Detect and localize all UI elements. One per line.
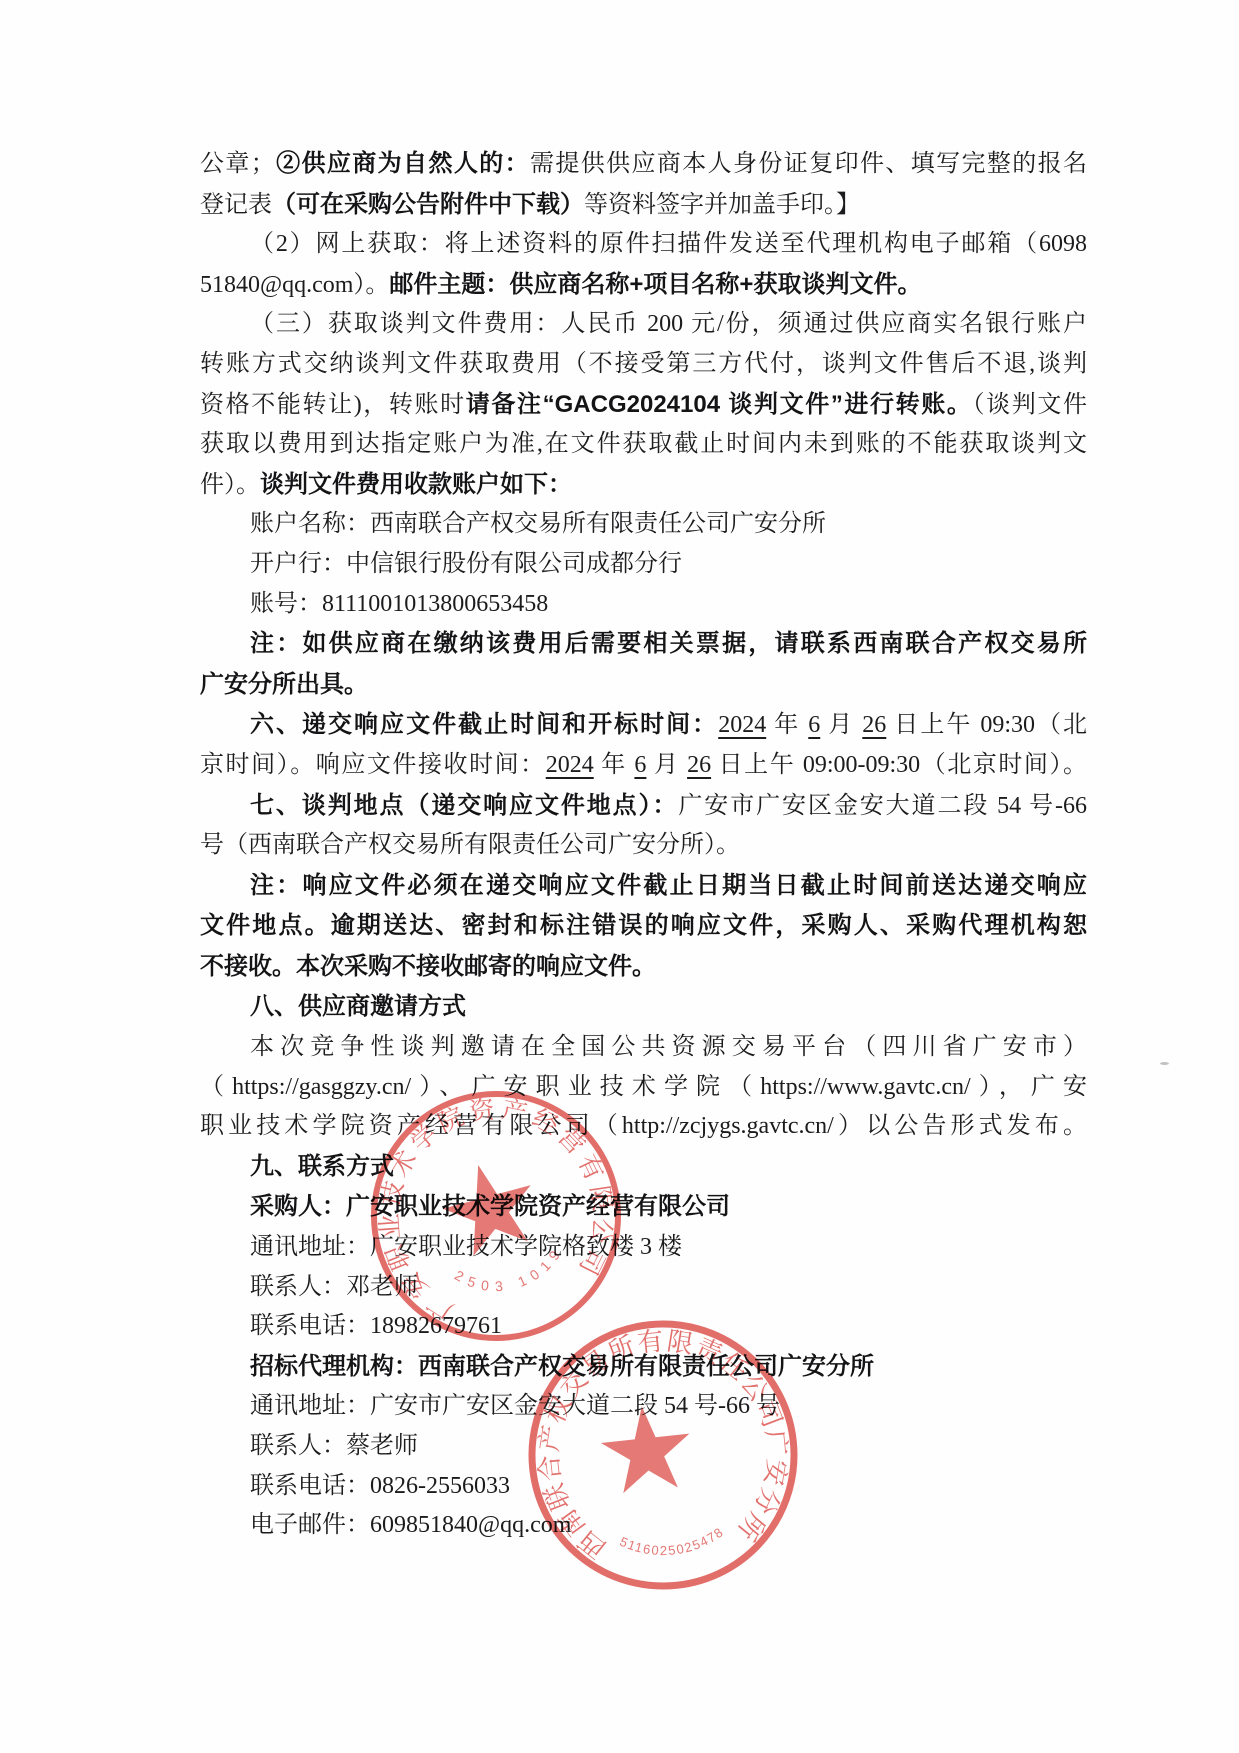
doc-line: 八、供应商邀请方式 bbox=[200, 987, 1087, 1028]
text-segment: 6 bbox=[634, 752, 646, 778]
doc-line: （三）获取谈判文件费用：人民币 200 元/份，须通过供应商实名银行账户 bbox=[200, 305, 1087, 345]
text-segment: 职业技术学院资产经营有限公司（http://zcjygs.gavtc.cn/）以… bbox=[200, 1113, 1087, 1139]
doc-line: 联系人：蔡老师 bbox=[200, 1427, 1087, 1467]
text-segment: 2024 bbox=[718, 712, 766, 738]
doc-line: 京时间）。响应文件接收时间：2024 年 6 月 26 日上午 09:00-09… bbox=[200, 746, 1087, 786]
text-segment: 等资料签字并加盖手印。】 bbox=[584, 192, 860, 218]
doc-line: 联系人：邓老师 bbox=[200, 1268, 1087, 1308]
text-segment: 月 bbox=[646, 752, 687, 778]
doc-line: 联系电话：18982679761 bbox=[200, 1307, 1087, 1347]
text-segment: 件）。 bbox=[200, 472, 260, 498]
text-segment: 资格不能转让)，转账时 bbox=[200, 392, 466, 418]
text-segment: 九、联系方式 bbox=[250, 1153, 394, 1180]
doc-line: 本次竞争性谈判邀请在全国公共资源交易平台（四川省广安市） bbox=[200, 1028, 1087, 1068]
text-segment: 需提供供应商本人身份证复印件、填写完整的报名 bbox=[530, 151, 1087, 177]
text-segment: 不接收。本次采购不接收邮寄的响应文件。 bbox=[200, 953, 656, 980]
text-segment: 通讯地址：广安职业技术学院格致楼 3 楼 bbox=[250, 1234, 682, 1260]
text-segment: 邮件主题：供应商名称+项目名称+获取谈判文件。 bbox=[389, 271, 921, 298]
doc-line: 招标代理机构：西南联合产权交易所有限责任公司广安分所 bbox=[200, 1347, 1087, 1388]
doc-line: 不接收。本次采购不接收邮寄的响应文件。 bbox=[200, 947, 1087, 988]
text-segment: 八、供应商邀请方式 bbox=[250, 993, 466, 1020]
text-segment: 七、谈判地点（递交响应文件地点）： bbox=[250, 792, 678, 819]
document-body: 公章；②供应商为自然人的：需提供供应商本人身份证复印件、填写完整的报名登记表（可… bbox=[200, 144, 1087, 1546]
doc-line: 资格不能转让)，转账时请备注“GACG2024104 谈判文件”进行转账。（谈判… bbox=[200, 385, 1087, 426]
text-segment: 开户行：中信银行股份有限公司成都分行 bbox=[250, 551, 682, 577]
text-segment: （可在采购公告附件中下载） bbox=[272, 191, 584, 218]
doc-line: 51840@qq.com）。邮件主题：供应商名称+项目名称+获取谈判文件。 bbox=[200, 265, 1087, 306]
text-segment: 日上午 09:30（北 bbox=[886, 712, 1087, 738]
text-segment: （https://gasggzy.cn/）、广安职业技术学院（https://w… bbox=[200, 1074, 1087, 1100]
doc-line: 通讯地址：广安职业技术学院格致楼 3 楼 bbox=[200, 1228, 1087, 1268]
document-page: 公章；②供应商为自然人的：需提供供应商本人身份证复印件、填写完整的报名登记表（可… bbox=[0, 0, 1239, 1753]
text-segment: 账户名称：西南联合产权交易所有限责任公司广安分所 bbox=[250, 511, 826, 537]
doc-line: 职业技术学院资产经营有限公司（http://zcjygs.gavtc.cn/）以… bbox=[200, 1107, 1087, 1147]
scan-speck bbox=[705, 1042, 712, 1047]
doc-line: 账号：8111001013800653458 bbox=[200, 585, 1087, 625]
text-segment: 转账方式交纳谈判文件获取费用（不接受第三方代付，谈判文件售后不退,谈判 bbox=[200, 351, 1087, 377]
doc-line: 开户行：中信银行股份有限公司成都分行 bbox=[200, 545, 1087, 585]
text-segment: 6 bbox=[808, 712, 820, 738]
doc-line: （2）网上获取：将上述资料的原件扫描件发送至代理机构电子邮箱（6098 bbox=[200, 225, 1087, 265]
doc-line: 账户名称：西南联合产权交易所有限责任公司广安分所 bbox=[200, 505, 1087, 545]
text-segment: 账号：8111001013800653458 bbox=[250, 591, 548, 617]
text-segment: 电子邮件：609851840@qq.com bbox=[250, 1512, 571, 1538]
text-segment: 六、递交响应文件截止时间和开标时间： bbox=[250, 711, 718, 738]
text-segment: 51840@qq.com）。 bbox=[200, 272, 389, 298]
text-segment: 联系电话：0826-2556033 bbox=[250, 1473, 510, 1499]
doc-line: 通讯地址：广安市广安区金安大道二段 54 号-66 号 bbox=[200, 1387, 1087, 1427]
text-segment: 2024 bbox=[546, 752, 594, 778]
text-segment: 招标代理机构：西南联合产权交易所有限责任公司广安分所 bbox=[250, 1353, 874, 1380]
text-segment: 号（西南联合产权交易所有限责任公司广安分所）。 bbox=[200, 832, 740, 858]
text-segment: ②供应商为自然人的： bbox=[275, 150, 530, 177]
text-segment: 联系电话：18982679761 bbox=[250, 1313, 502, 1339]
doc-line: 文件地点。逾期送达、密封和标注错误的响应文件，采购人、采购代理机构恕 bbox=[200, 906, 1087, 947]
text-segment: 年 bbox=[766, 712, 808, 738]
text-segment: 谈判文件费用收款账户如下： bbox=[260, 471, 572, 498]
text-segment: 注：如供应商在缴纳该费用后需要相关票据，请联系西南联合产权交易所 bbox=[250, 630, 1087, 657]
text-segment: （谈判文件 bbox=[973, 392, 1087, 418]
doc-line: 采购人：广安职业技术学院资产经营有限公司 bbox=[200, 1187, 1087, 1228]
doc-line: 注：响应文件必须在递交响应文件截止日期当日截止时间前送达递交响应 bbox=[200, 866, 1087, 907]
text-segment: 年 bbox=[594, 752, 635, 778]
text-segment: 26 bbox=[687, 752, 711, 778]
text-segment: 通讯地址：广安市广安区金安大道二段 54 号-66 号 bbox=[250, 1393, 780, 1419]
text-segment: 广安分所出具。 bbox=[200, 671, 368, 698]
text-segment: （2）网上获取：将上述资料的原件扫描件发送至代理机构电子邮箱（6098 bbox=[250, 231, 1087, 257]
text-segment: 联系人：蔡老师 bbox=[250, 1433, 418, 1459]
doc-line: 联系电话：0826-2556033 bbox=[200, 1467, 1087, 1507]
text-segment: 登记表 bbox=[200, 192, 272, 218]
doc-line: 注：如供应商在缴纳该费用后需要相关票据，请联系西南联合产权交易所 bbox=[200, 624, 1087, 665]
doc-line: 号（西南联合产权交易所有限责任公司广安分所）。 bbox=[200, 826, 1087, 866]
doc-line: 获取以费用到达指定账户为准,在文件获取截止时间内未到账的不能获取谈判文 bbox=[200, 425, 1087, 465]
doc-line: 件）。谈判文件费用收款账户如下： bbox=[200, 465, 1087, 506]
text-segment: 采购人：广安职业技术学院资产经营有限公司 bbox=[250, 1193, 730, 1220]
doc-line: 公章；②供应商为自然人的：需提供供应商本人身份证复印件、填写完整的报名 bbox=[200, 144, 1087, 185]
text-segment: 广安市广安区金安大道二段 54 号-66 bbox=[678, 793, 1087, 819]
text-segment: 月 bbox=[820, 712, 862, 738]
doc-line: 转账方式交纳谈判文件获取费用（不接受第三方代付，谈判文件售后不退,谈判 bbox=[200, 345, 1087, 385]
text-segment: 26 bbox=[862, 712, 886, 738]
text-segment: 注：响应文件必须在递交响应文件截止日期当日截止时间前送达递交响应 bbox=[250, 872, 1087, 899]
text-segment: 联系人：邓老师 bbox=[250, 1274, 418, 1300]
text-segment: 京时间）。响应文件接收时间： bbox=[200, 752, 546, 778]
text-segment: 公章； bbox=[200, 151, 275, 177]
doc-line: 九、联系方式 bbox=[200, 1147, 1087, 1188]
text-segment: 获取以费用到达指定账户为准,在文件获取截止时间内未到账的不能获取谈判文 bbox=[200, 431, 1087, 457]
text-segment: （三）获取谈判文件费用：人民币 200 元/份，须通过供应商实名银行账户 bbox=[250, 311, 1087, 337]
doc-line: 六、递交响应文件截止时间和开标时间：2024 年 6 月 26 日上午 09:3… bbox=[200, 705, 1087, 746]
doc-line: （https://gasggzy.cn/）、广安职业技术学院（https://w… bbox=[200, 1068, 1087, 1108]
doc-line: 广安分所出具。 bbox=[200, 665, 1087, 706]
scan-speck bbox=[1160, 1062, 1169, 1065]
text-segment: 日上午 09:00-09:30（北京时间）。 bbox=[711, 752, 1087, 778]
doc-line: 七、谈判地点（递交响应文件地点）：广安市广安区金安大道二段 54 号-66 bbox=[200, 786, 1087, 827]
text-segment: 请备注“GACG2024104 谈判文件”进行转账。 bbox=[466, 391, 973, 418]
doc-line: 电子邮件：609851840@qq.com bbox=[200, 1506, 1087, 1546]
doc-line: 登记表（可在采购公告附件中下载）等资料签字并加盖手印。】 bbox=[200, 185, 1087, 226]
text-segment: 文件地点。逾期送达、密封和标注错误的响应文件，采购人、采购代理机构恕 bbox=[200, 912, 1087, 939]
text-segment: 本次竞争性谈判邀请在全国公共资源交易平台（四川省广安市） bbox=[250, 1034, 1087, 1060]
